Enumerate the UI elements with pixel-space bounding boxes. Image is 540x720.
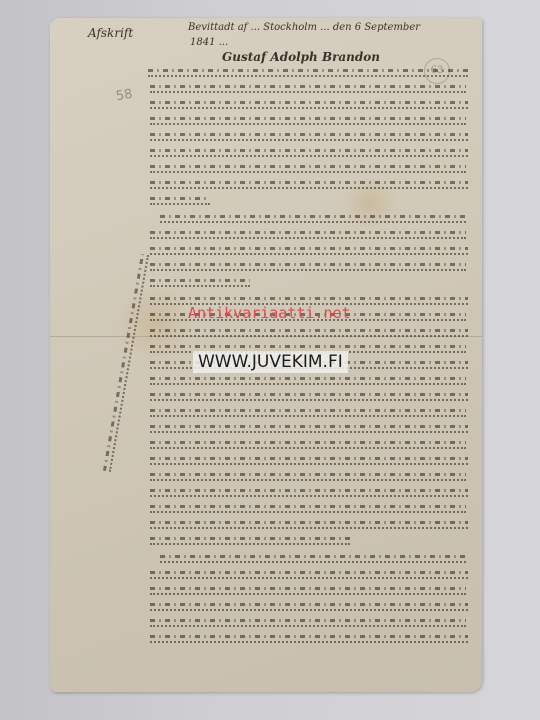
header-signature: Gustaf Adolph Brandon [222, 50, 380, 64]
header-line-2: 1841 ... [190, 37, 228, 48]
pencil-annotation: 58 [115, 87, 134, 105]
header-left-note: Afskrift [88, 26, 133, 40]
watermark-antikvariaatti: Antikvariaatti.net [188, 304, 351, 322]
header-line-1: Bevittadt af ... Stockholm ... den 6 Sep… [188, 22, 420, 33]
watermark-juvekim: WWW.JUVEKIM.FI [193, 351, 348, 373]
